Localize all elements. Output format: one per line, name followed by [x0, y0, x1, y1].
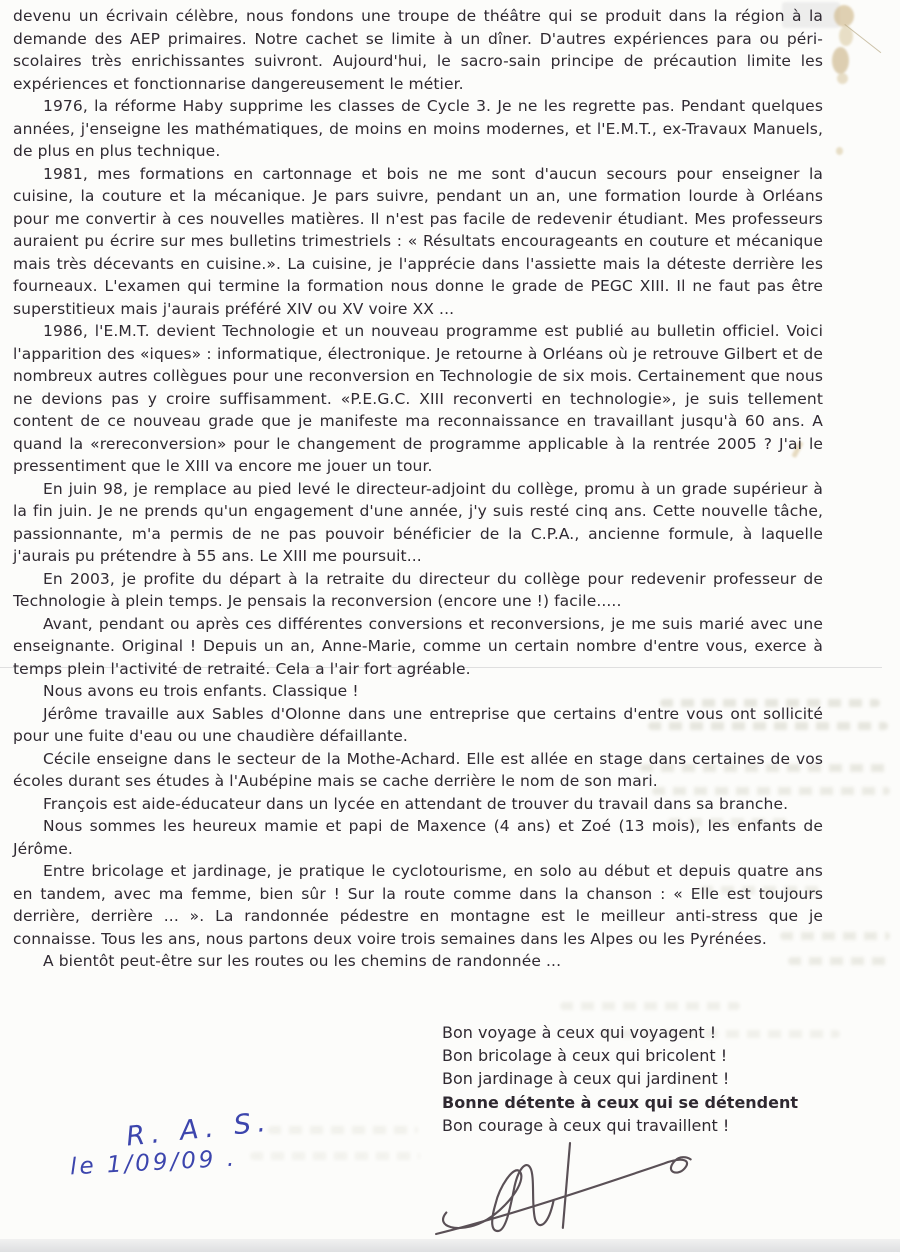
paragraph: François est aide-éducateur dans un lycé…: [13, 793, 823, 816]
letter-body: devenu un écrivain célèbre, nous fondons…: [13, 5, 823, 973]
paragraph: Avant, pendant ou après ces différentes …: [13, 613, 823, 681]
bleed-through-mark: [250, 1152, 420, 1160]
signature-scribble: [432, 1136, 708, 1240]
paragraph: Nous sommes les heureux mamie et papi de…: [13, 815, 823, 860]
wish-line: Bon courage à ceux qui travaillent !: [442, 1114, 798, 1137]
paragraph: 1976, la réforme Haby supprime les class…: [13, 95, 823, 163]
paragraph: Cécile enseigne dans le secteur de la Mo…: [13, 748, 823, 793]
paragraph: En juin 98, je remplace au pied levé le …: [13, 478, 823, 568]
paragraph: Entre bricolage et jardinage, je pratiqu…: [13, 860, 823, 950]
paper-stain: [832, 47, 849, 74]
wish-line: Bon jardinage à ceux qui jardinent !: [442, 1067, 798, 1090]
paper-stain: [837, 73, 848, 84]
paragraph: A bientôt peut-être sur les routes ou le…: [13, 950, 823, 973]
scan-edge-shadow: [0, 1239, 900, 1252]
scanned-letter-page: devenu un écrivain célèbre, nous fondons…: [0, 0, 900, 1252]
wish-line: Bonne détente à ceux qui se détendent: [442, 1091, 798, 1114]
bleed-through-mark: [560, 1002, 740, 1010]
handwritten-date: le 1/09/09 .: [69, 1146, 237, 1181]
handwritten-initials: R. A. S.: [125, 1106, 273, 1152]
closing-wishes: Bon voyage à ceux qui voyagent ! Bon bri…: [442, 1021, 798, 1137]
bleed-through-mark: [268, 1126, 418, 1134]
paper-stain: [836, 147, 843, 155]
wish-line: Bon bricolage à ceux qui bricolent !: [442, 1044, 798, 1067]
wish-line: Bon voyage à ceux qui voyagent !: [442, 1021, 798, 1044]
paragraph: 1986, l'E.M.T. devient Technologie et un…: [13, 320, 823, 478]
paragraph: devenu un écrivain célèbre, nous fondons…: [13, 5, 823, 95]
paragraph: 1981, mes formations en cartonnage et bo…: [13, 163, 823, 321]
paragraph: Jérôme travaille aux Sables d'Olonne dan…: [13, 703, 823, 748]
paragraph: Nous avons eu trois enfants. Classique !: [13, 680, 823, 703]
paragraph: En 2003, je profite du départ à la retra…: [13, 568, 823, 613]
